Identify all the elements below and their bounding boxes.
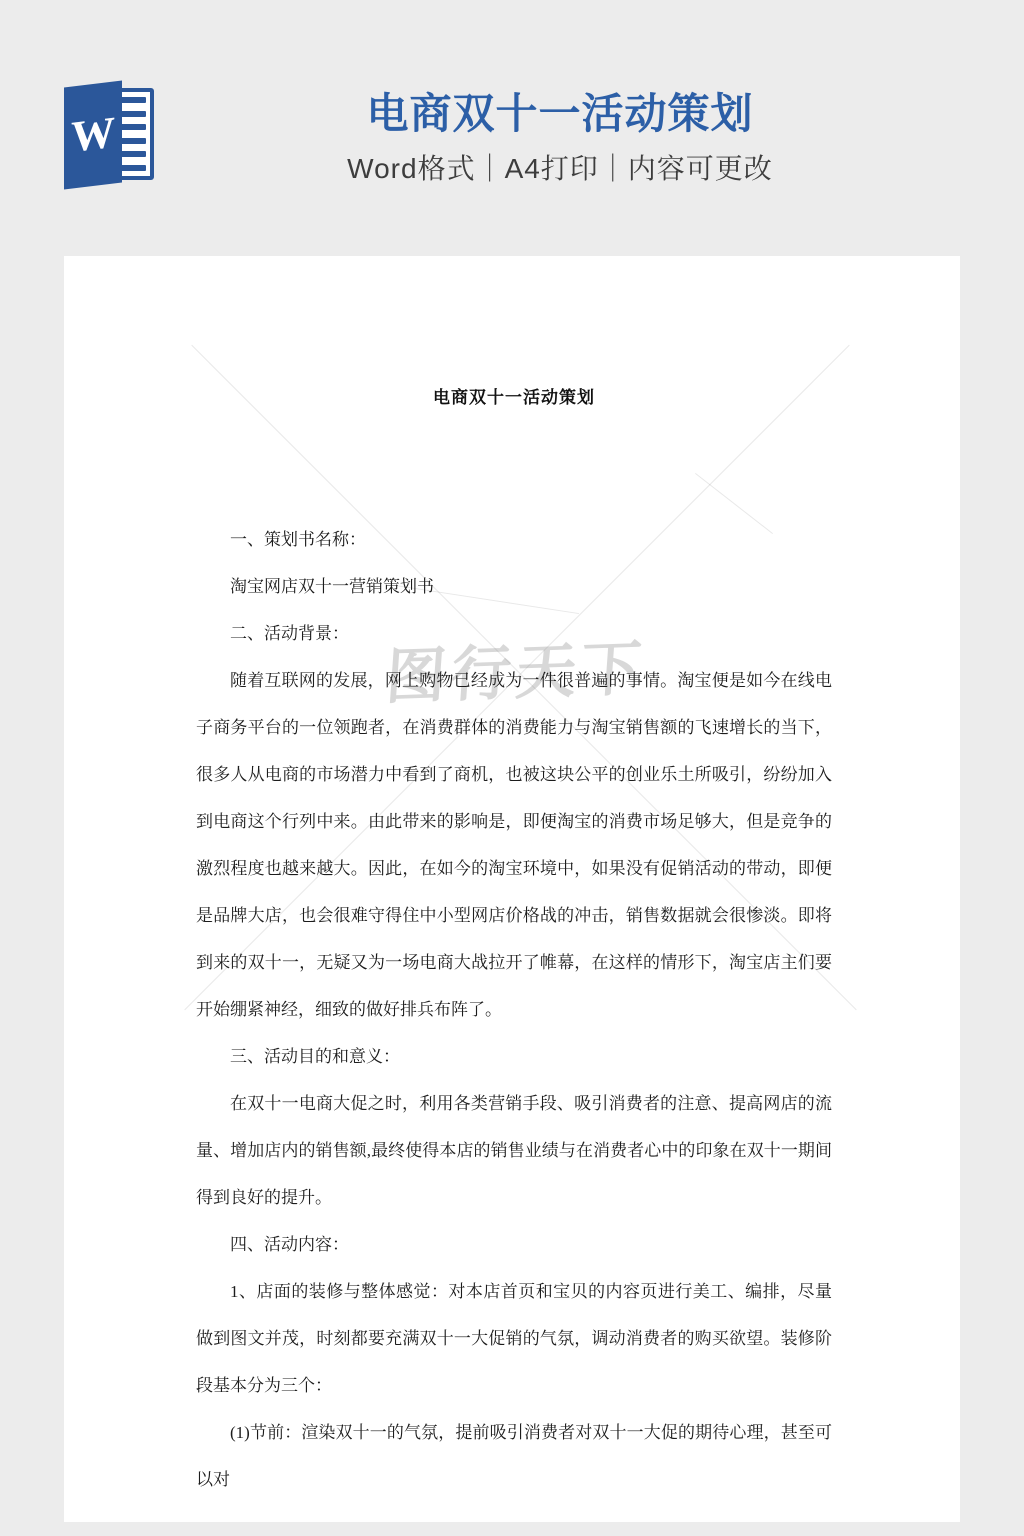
document-paragraph: 四、活动内容： [196,1221,832,1268]
document-paragraph: 一、策划书名称： [196,516,832,563]
template-preview-canvas: W 电商双十一活动策划 Word格式｜A4打印｜内容可更改 图行天下 电商双十一… [0,0,1024,1536]
document-body: 一、策划书名称：淘宝网店双十一营销策划书二、活动背景：随着互联网的发展，网上购物… [196,516,832,1503]
document-title: 电商双十一活动策划 [196,383,832,408]
document-paragraph: 随着互联网的发展，网上购物已经成为一件很普遍的事情。淘宝便是如今在线电子商务平台… [196,657,832,1033]
document-page: 图行天下 电商双十一活动策划 一、策划书名称：淘宝网店双十一营销策划书二、活动背… [64,256,960,1522]
document-paragraph: 1、店面的装修与整体感觉：对本店首页和宝贝的内容页进行美工、编排，尽量做到图文并… [196,1268,832,1409]
document-paragraph: 淘宝网店双十一营销策划书 [196,563,832,610]
template-subtitle: Word格式｜A4打印｜内容可更改 [96,152,1024,186]
template-title: 电商双十一活动策划 [96,88,1024,140]
header: W 电商双十一活动策划 Word格式｜A4打印｜内容可更改 [0,0,1024,256]
document-paragraph: 在双十一电商大促之时，利用各类营销手段、吸引消费者的注意、提高网店的流量、增加店… [196,1080,832,1221]
document-paragraph: (1)节前：渲染双十一的气氛，提前吸引消费者对双十一大促的期待心理，甚至可以对 [196,1409,832,1503]
document-paragraph: 二、活动背景： [196,610,832,657]
document-paragraph: 三、活动目的和意义： [196,1033,832,1080]
header-text: 电商双十一活动策划 Word格式｜A4打印｜内容可更改 [96,0,1024,186]
